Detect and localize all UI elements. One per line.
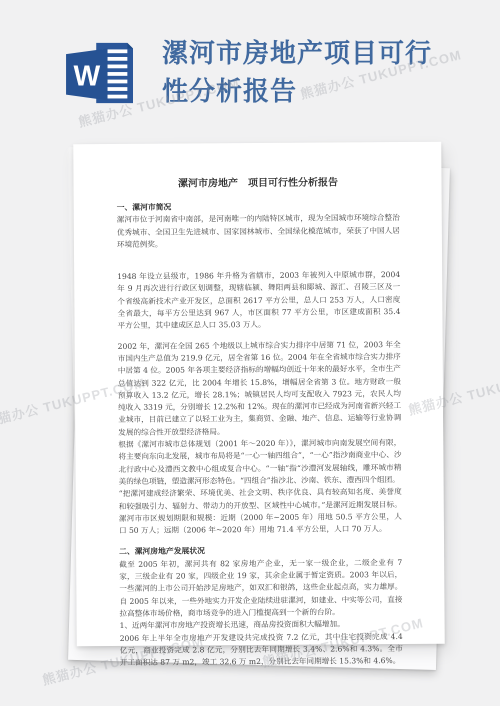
document-page[interactable]: 漯河市房地产 项目可行性分析报告 一、漯河市简况漯河市位于河南省中南部，是河南唯… [73, 142, 444, 647]
paragraph: “把漯河建成经济繁荣、环境优美、社会文明、秩序优良、具有较高知名度、美誉度和较强… [119, 486, 402, 537]
section: 一、漯河市简况漯河市位于河南省中南部，是河南唯一的内陆特区城市，现为全国城市环境… [117, 200, 402, 537]
document-title: 漯河市房地产 项目可行性分析报告 [116, 176, 399, 191]
paragraph: 漯河市位于河南省中南部，是河南唯一的内陆特区城市，现为全国城市环境综合整治优秀城… [117, 212, 400, 251]
paragraph: 2006 年上半年全市房地产开发建设共完成投资 7.2 亿元，其中住宅投资完成 … [120, 631, 403, 670]
svg-text:W: W [73, 59, 100, 91]
page-background: W 漯河市房地产项目可行性分析报告 熊猫办公 TUKUPPT.COM 熊猫办公 … [0, 0, 500, 706]
paragraph: 截至 2005 年初，漯河共有 82 家房地产企业，无一家一级企业，二级企业有 … [119, 557, 402, 620]
paragraph: 2002 年，漯河在全国 265 个地级以上城市综合实力排序中居第 71 位，2… [118, 339, 402, 439]
paragraph: 根据《漯河市城市总体规划（2001 年～2020 年）》，漯河城市向南发展空间有… [118, 437, 401, 488]
document-preview: 漯河市房地产 项目可行性分析报告 一、漯河市简况漯河市位于河南省中南部，是河南唯… [75, 143, 443, 645]
page-title: 漯河市房地产项目可行性分析报告 [162, 34, 454, 110]
word-file-icon: W [62, 40, 138, 106]
section: 二、漯河房地产发展状况截至 2005 年初，漯河共有 82 家房地产企业，无一家… [119, 544, 403, 669]
document-body: 一、漯河市简况漯河市位于河南省中南部，是河南唯一的内陆特区城市，现为全国城市环境… [117, 200, 403, 669]
paragraph: 1948 年设立县级市，1986 年升格为省辖市，2003 年被列入中原城市群，… [117, 269, 400, 332]
